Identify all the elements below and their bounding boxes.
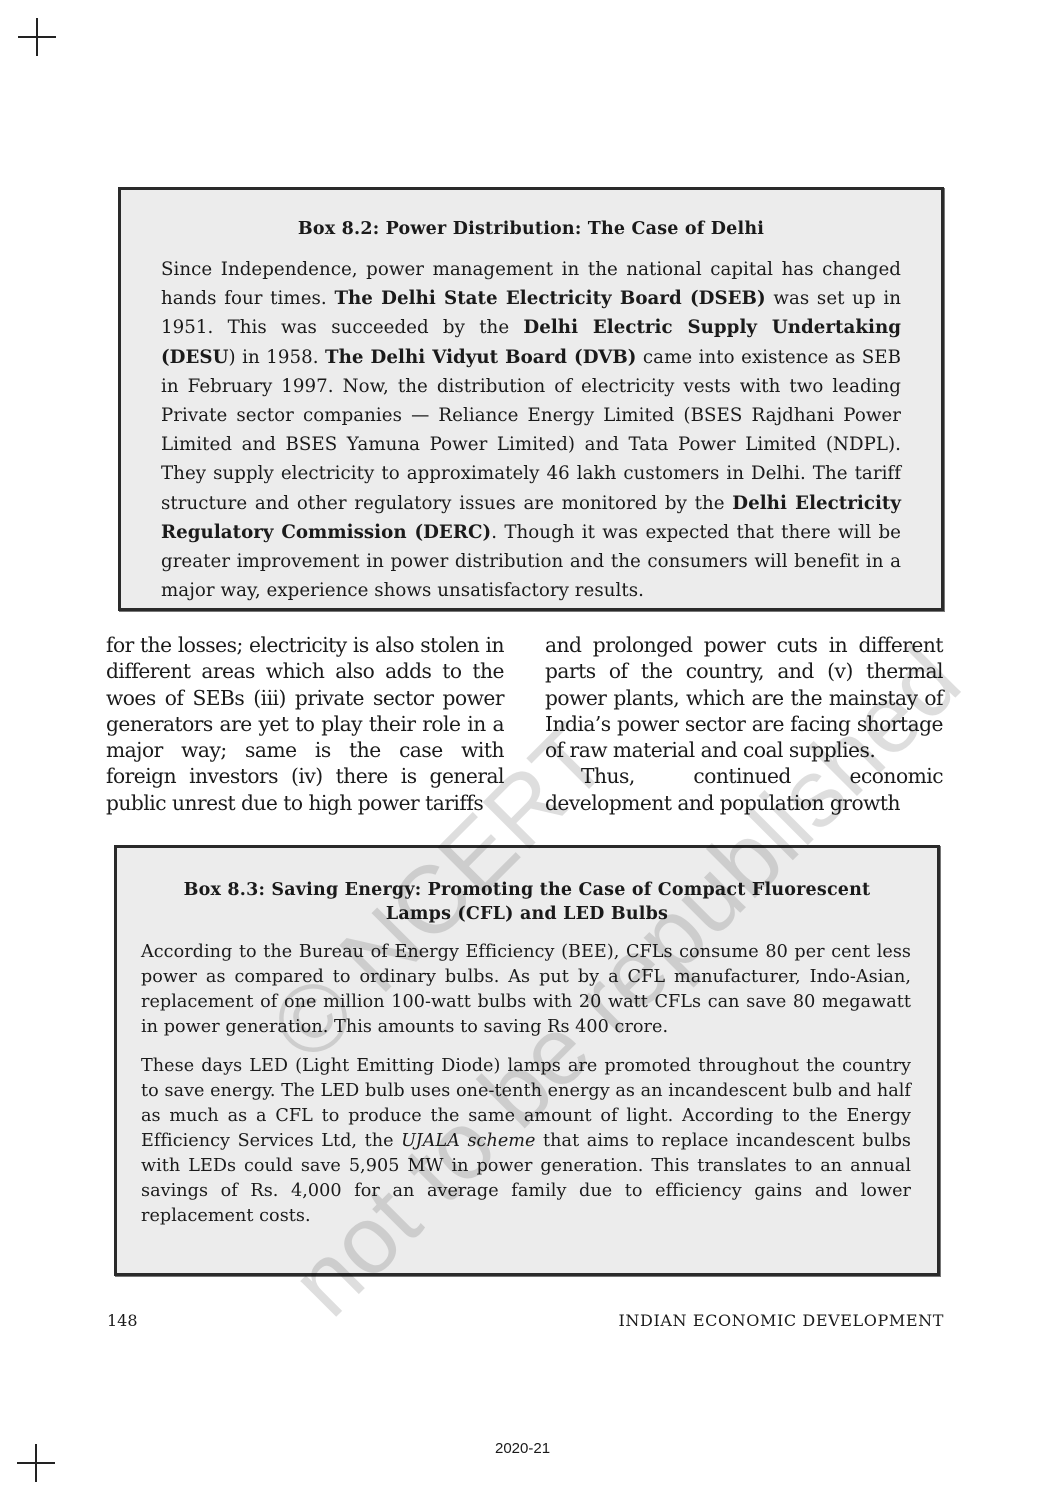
- box-8-2-text-4: came into existence as SEB in February 1…: [161, 347, 901, 514]
- box-8-2-body: Since Independence, power management in …: [161, 255, 901, 605]
- crop-mark-bottom-left: [17, 1444, 55, 1482]
- body-column-left: for the losses; electricity is also stol…: [106, 632, 504, 816]
- dseb-term: The Delhi State Electricity Board (DSEB): [334, 288, 765, 309]
- box-8-2-power-distribution: Box 8.2: Power Distribution: The Case of…: [118, 187, 944, 611]
- box-8-2-title: Box 8.2: Power Distribution: The Case of…: [121, 217, 941, 241]
- box-8-2-text-3: ) in 1958.: [229, 347, 326, 368]
- box-8-3-body: According to the Bureau of Energy Effici…: [141, 940, 911, 1229]
- edition-year: 2020-21: [495, 1440, 550, 1457]
- box-8-3-title: Box 8.3: Saving Energy: Promoting the Ca…: [117, 878, 937, 926]
- body-column-right: and prolonged power cuts in different pa…: [545, 632, 943, 816]
- ujala-scheme-term: UJALA scheme: [401, 1131, 535, 1151]
- right-column-paragraph-1: and prolonged power cuts in different pa…: [545, 632, 943, 763]
- running-title: INDIAN ECONOMIC DEVELOPMENT: [619, 1311, 944, 1330]
- box-8-3-paragraph-2: These days LED (Light Emitting Diode) la…: [141, 1054, 911, 1229]
- dvb-term: The Delhi Vidyut Board (DVB): [325, 347, 636, 368]
- page-number: 148: [107, 1311, 138, 1330]
- right-column-paragraph-2: Thus, continued economic development and…: [545, 763, 943, 816]
- box-8-3-saving-energy: Box 8.3: Saving Energy: Promoting the Ca…: [114, 845, 940, 1276]
- crop-mark-top-left: [18, 18, 56, 56]
- box-8-3-paragraph-1: According to the Bureau of Energy Effici…: [141, 940, 911, 1040]
